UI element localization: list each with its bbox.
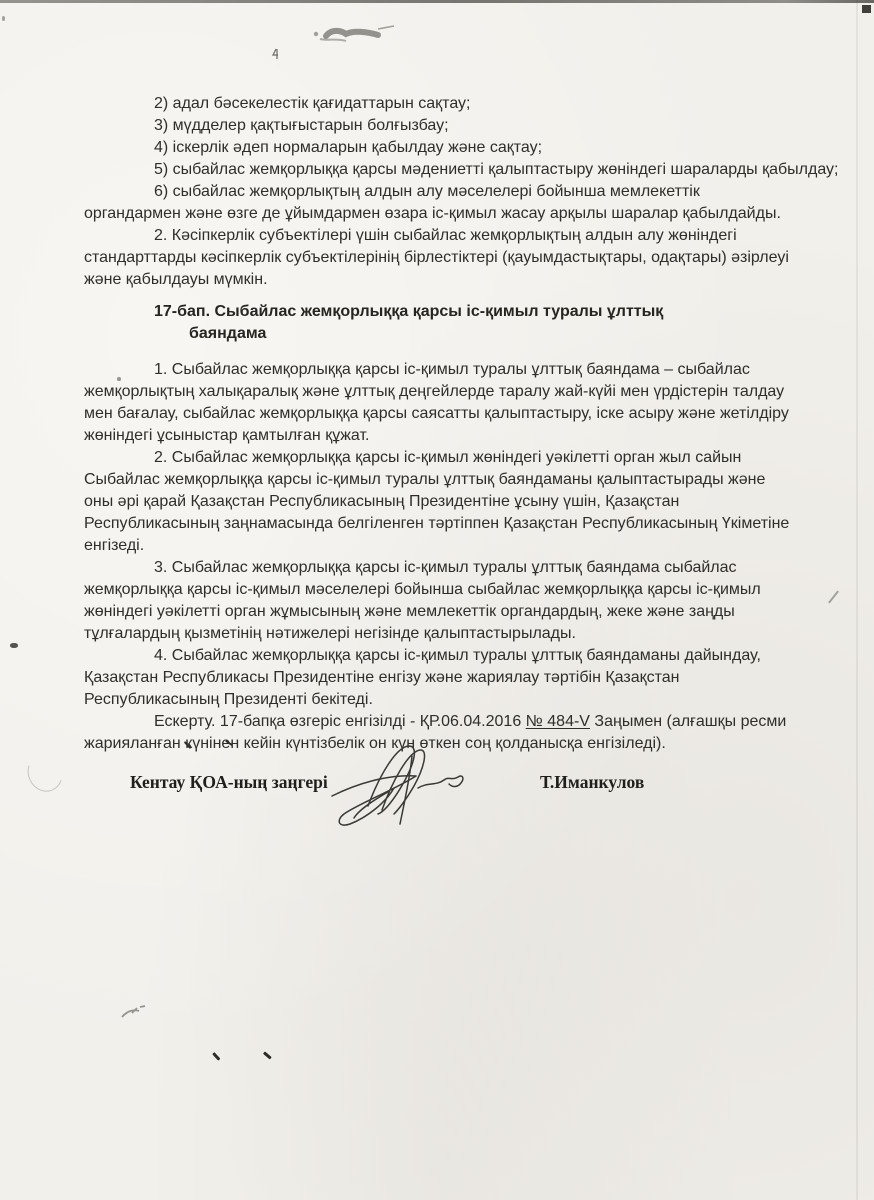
- paragraph: 3. Сыбайлас жемқорлыққа қарсы іс-қимыл т…: [84, 557, 796, 645]
- pencil-mark: [271, 48, 280, 60]
- margin-speck: [10, 643, 18, 648]
- dust-speck: [2, 16, 5, 21]
- signature-block: Кентау ҚОА-ның заңгері Т.Иманкулов: [84, 758, 796, 868]
- article-heading-line-2: баяндама: [84, 323, 796, 345]
- list-item: 2) адал бәсекелестік қағидаттарын сақтау…: [84, 93, 796, 115]
- paragraph: 4. Сыбайлас жемқорлыққа қарсы іс-қимыл т…: [84, 645, 796, 711]
- article-heading-line-1: 17-бап. Сыбайлас жемқорлыққа қарсы іс-қи…: [84, 301, 796, 323]
- margin-arc-mark: [22, 749, 69, 798]
- signatory-title: Кентау ҚОА-ның заңгері: [130, 772, 328, 793]
- ink-smudge: [312, 20, 396, 48]
- list-item: 4) іскерлік әдеп нормаларын қабылдау жән…: [84, 137, 796, 159]
- paragraph: 2. Сыбайлас жемқорлыққа қарсы іс-қимыл ж…: [84, 447, 796, 557]
- list-item: 5) сыбайлас жемқорлыққа қарсы мәдениетті…: [84, 159, 796, 181]
- scan-edge-top: [0, 0, 874, 3]
- handwritten-signature: [328, 740, 480, 828]
- scan-edge-right: [856, 0, 858, 1200]
- intro-paragraph: 2. Кәсіпкерлік субъектілері үшін сыбайла…: [84, 225, 796, 291]
- bottom-tick: [213, 1052, 221, 1060]
- paragraph: 1. Сыбайлас жемқорлыққа қарсы іс-қимыл т…: [84, 359, 796, 447]
- list-item: 6) сыбайлас жемқорлықтың алдын алу мәсел…: [84, 181, 796, 225]
- list-item: 3) мүдделер қақтығыстарын болғызбау;: [84, 115, 796, 137]
- article-heading: 17-бап. Сыбайлас жемқорлыққа қарсы іс-қи…: [84, 301, 796, 345]
- scanned-page: 2) адал бәсекелестік қағидаттарын сақтау…: [0, 0, 874, 1200]
- scan-corner-mark: [862, 5, 871, 13]
- signatory-name: Т.Иманкулов: [540, 772, 644, 793]
- note-prefix: Ескерту. 17-бапқа өзгеріс енгізілді - ҚР…: [154, 713, 526, 730]
- document-body: 2) адал бәсекелестік қағидаттарын сақтау…: [84, 93, 796, 755]
- bottom-smudge: [118, 1004, 148, 1022]
- bottom-tick: [263, 1051, 272, 1059]
- stray-slash-mark: [828, 590, 839, 603]
- law-number-underlined: № 484-V: [526, 713, 590, 730]
